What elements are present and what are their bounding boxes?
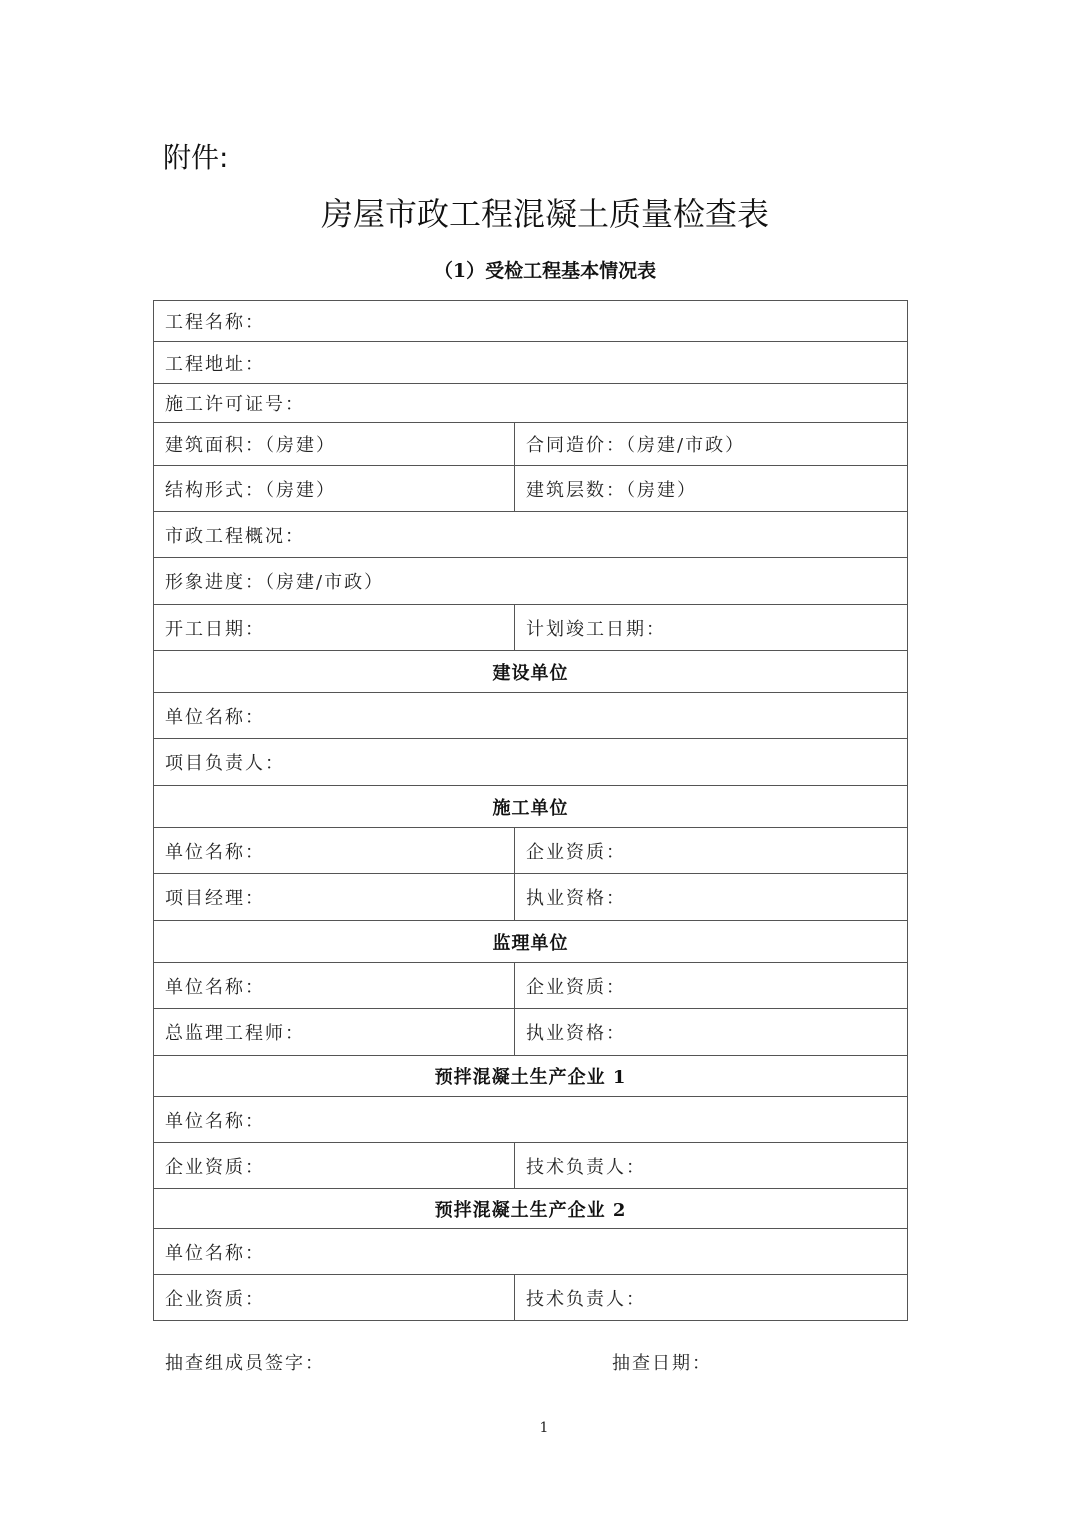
table-row: 形象进度：（房建/市政） xyxy=(154,558,908,605)
section-header-row: 监理单位 xyxy=(154,921,908,963)
field-cell[interactable]: 形象进度：（房建/市政） xyxy=(154,558,908,605)
field-cell[interactable]: 单位名称： xyxy=(154,1097,908,1143)
field-cell[interactable]: 单位名称： xyxy=(154,1229,908,1275)
project-info-table-body: 工程名称：工程地址：施工许可证号：建筑面积：（房建）合同造价：（房建/市政）结构… xyxy=(154,301,908,1321)
field-cell[interactable]: 工程地址： xyxy=(154,342,908,384)
field-cell[interactable]: 计划竣工日期： xyxy=(515,605,908,651)
section-header-row: 预拌混凝土生产企业 1 xyxy=(154,1056,908,1097)
field-cell[interactable]: 执业资格： xyxy=(515,874,908,921)
field-cell[interactable]: 建筑面积：（房建） xyxy=(154,423,515,466)
section-header-row: 预拌混凝土生产企业 2 xyxy=(154,1189,908,1229)
field-cell[interactable]: 开工日期： xyxy=(154,605,515,651)
table-row: 项目经理：执业资格： xyxy=(154,874,908,921)
table-row: 结构形式：（房建）建筑层数：（房建） xyxy=(154,466,908,512)
field-cell[interactable]: 单位名称： xyxy=(154,828,515,874)
table-row: 单位名称：企业资质： xyxy=(154,963,908,1009)
field-cell[interactable]: 项目负责人： xyxy=(154,739,908,786)
field-cell[interactable]: 技术负责人： xyxy=(515,1143,908,1189)
field-cell[interactable]: 结构形式：（房建） xyxy=(154,466,515,512)
field-cell[interactable]: 执业资格： xyxy=(515,1009,908,1056)
field-cell[interactable]: 企业资质： xyxy=(154,1143,515,1189)
table-row: 工程地址： xyxy=(154,342,908,384)
table-row: 开工日期：计划竣工日期： xyxy=(154,605,908,651)
table-row: 市政工程概况： xyxy=(154,512,908,558)
inspection-date-label: 抽查日期： xyxy=(612,1350,712,1378)
field-cell[interactable]: 施工许可证号： xyxy=(154,384,908,423)
inspector-signature-label: 抽查组成员签字： xyxy=(165,1350,325,1378)
table-row: 单位名称： xyxy=(154,693,908,739)
field-cell[interactable]: 技术负责人： xyxy=(515,1275,908,1321)
table-row: 建筑面积：（房建）合同造价：（房建/市政） xyxy=(154,423,908,466)
field-cell[interactable]: 企业资质： xyxy=(154,1275,515,1321)
section-header: 施工单位 xyxy=(154,786,908,828)
section-header: 建设单位 xyxy=(154,651,908,693)
field-cell[interactable]: 市政工程概况： xyxy=(154,512,908,558)
section-header: 监理单位 xyxy=(154,921,908,963)
attachment-label: 附件: xyxy=(163,138,228,178)
field-cell[interactable]: 合同造价：（房建/市政） xyxy=(515,423,908,466)
field-cell[interactable]: 工程名称： xyxy=(154,301,908,342)
table-row: 企业资质：技术负责人： xyxy=(154,1275,908,1321)
project-info-table: 工程名称：工程地址：施工许可证号：建筑面积：（房建）合同造价：（房建/市政）结构… xyxy=(153,300,908,1321)
document-title: 房屋市政工程混凝土质量检查表 xyxy=(0,192,1080,236)
table-row: 项目负责人： xyxy=(154,739,908,786)
table-row: 单位名称： xyxy=(154,1097,908,1143)
field-cell[interactable]: 项目经理： xyxy=(154,874,515,921)
section-header: 预拌混凝土生产企业 2 xyxy=(154,1189,908,1229)
section-header-row: 施工单位 xyxy=(154,786,908,828)
page-number: 1 xyxy=(0,1417,1080,1439)
field-cell[interactable]: 企业资质： xyxy=(515,963,908,1009)
document-subtitle: （1）受检工程基本情况表 xyxy=(0,256,1080,286)
table-row: 单位名称： xyxy=(154,1229,908,1275)
field-cell[interactable]: 单位名称： xyxy=(154,963,515,1009)
section-header: 预拌混凝土生产企业 1 xyxy=(154,1056,908,1097)
field-cell[interactable]: 企业资质： xyxy=(515,828,908,874)
field-cell[interactable]: 总监理工程师： xyxy=(154,1009,515,1056)
table-row: 总监理工程师：执业资格： xyxy=(154,1009,908,1056)
field-cell[interactable]: 单位名称： xyxy=(154,693,908,739)
table-row: 施工许可证号： xyxy=(154,384,908,423)
table-row: 工程名称： xyxy=(154,301,908,342)
table-row: 企业资质：技术负责人： xyxy=(154,1143,908,1189)
section-header-row: 建设单位 xyxy=(154,651,908,693)
field-cell[interactable]: 建筑层数：（房建） xyxy=(515,466,908,512)
table-row: 单位名称：企业资质： xyxy=(154,828,908,874)
